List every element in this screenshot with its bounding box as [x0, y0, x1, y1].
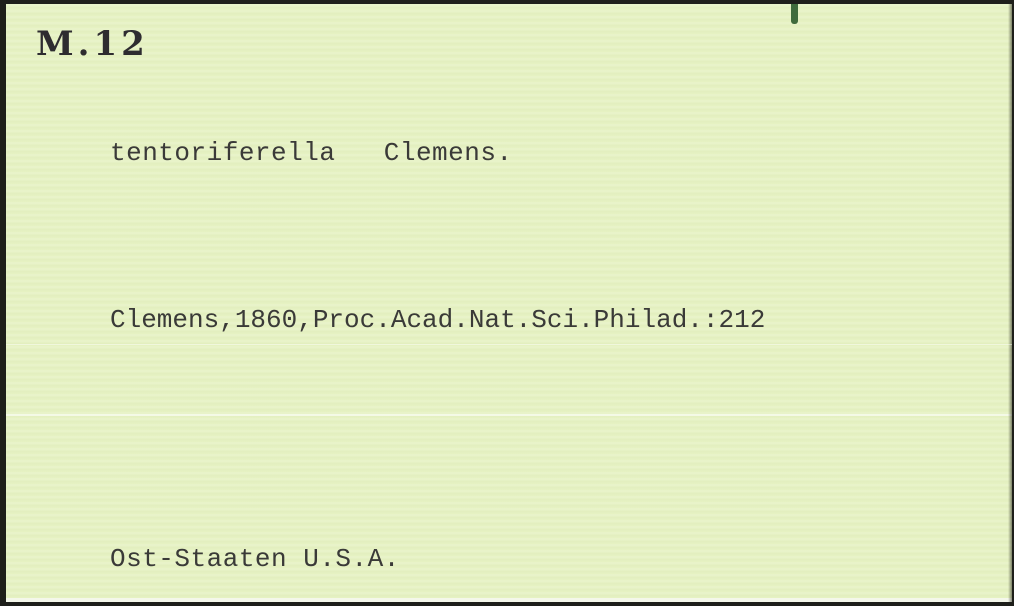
card-id-code: M.12 [36, 24, 149, 64]
literature-reference-line: Clemens,1860,Proc.Acad.Nat.Sci.Philad.:2… [110, 305, 765, 335]
index-card: M.12 tentoriferella Clemens. Clemens,186… [6, 4, 1012, 602]
card-right-shadow [1008, 4, 1012, 602]
tab-marker [791, 4, 798, 24]
species-name-line: tentoriferella Clemens. [110, 138, 513, 168]
locality-line: Ost-Staaten U.S.A. [110, 544, 400, 574]
card-bottom-edge [6, 598, 1012, 602]
